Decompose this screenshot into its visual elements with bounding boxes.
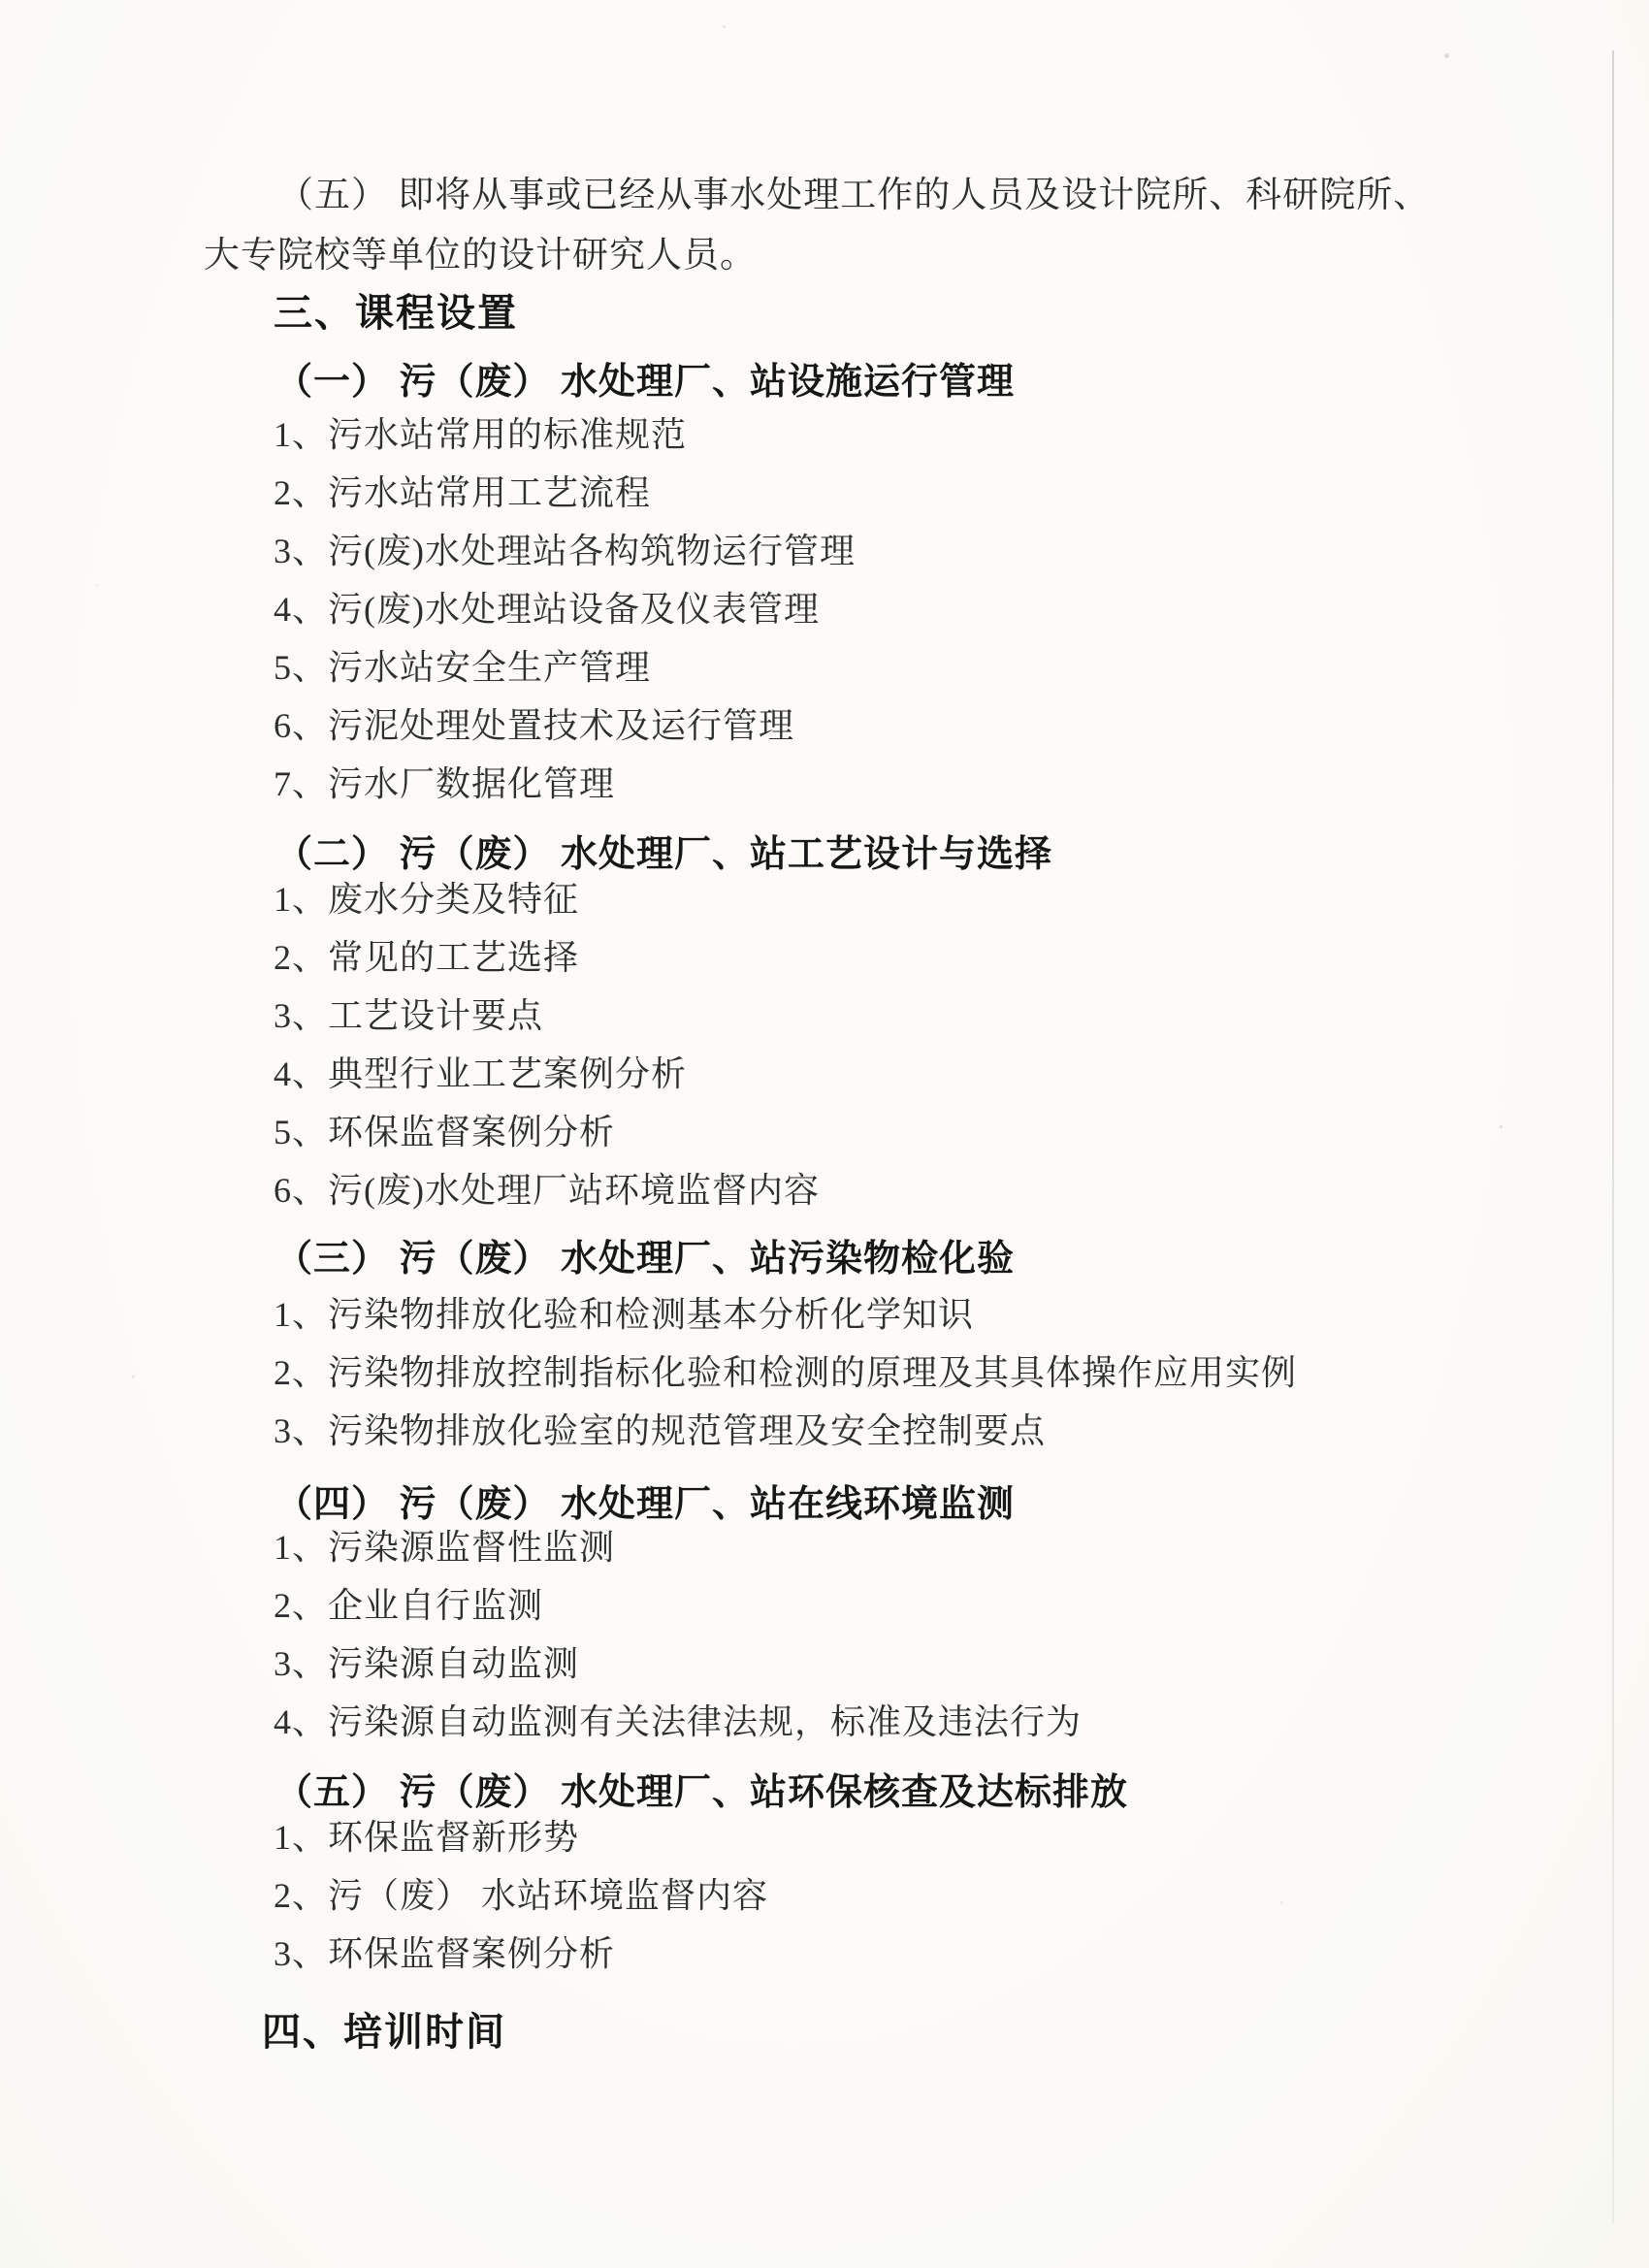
scanned-document-page: （五） 即将从事或已经从事水处理工作的人员及设计院所、科研院所、 大专院校等单位…: [0, 0, 1649, 2268]
course-item: 7、污水厂数据化管理: [274, 755, 1474, 813]
scan-noise: [0, 0, 3, 3]
course-item: 1、污染物排放化验和检测基本分析化学知识: [274, 1285, 1474, 1344]
course-section-pollutant-testing: （三） 污（废） 水处理厂、站污染物检化验 1、污染物排放化验和检测基本分析化学…: [204, 1230, 1474, 1460]
course-item: 2、污染物排放控制指标化验和检测的原理及其具体操作应用实例: [274, 1344, 1474, 1402]
course-item: 1、污水站常用的标准规范: [274, 405, 1474, 464]
course-item: 3、污染物排放化验室的规范管理及安全控制要点: [274, 1402, 1474, 1460]
course-item: 2、污（废） 水站环境监督内容: [274, 1866, 1474, 1925]
course-section-process-design: （二） 污（废） 水处理厂、站工艺设计与选择 1、废水分类及特征 2、常见的工艺…: [204, 826, 1474, 1219]
course-section-online-monitoring: （四） 污（废） 水处理厂、站在线环境监测 1、污染源监督性监测 2、企业自行监…: [204, 1475, 1474, 1751]
course-item: 4、典型行业工艺案例分析: [274, 1045, 1474, 1103]
course-item: 5、污水站安全生产管理: [274, 638, 1474, 697]
course-item: 6、污(废)水处理厂站环境监督内容: [274, 1161, 1474, 1219]
course-section-operation-management: （一） 污（废） 水处理厂、站设施运行管理 1、污水站常用的标准规范 2、污水站…: [204, 353, 1474, 813]
course-item: 3、污(废)水处理站各构筑物运行管理: [274, 522, 1474, 580]
course-item: 5、环保监督案例分析: [274, 1103, 1474, 1161]
course-item: 6、污泥处理处置技术及运行管理: [274, 697, 1474, 755]
intro-line-1: （五） 即将从事或已经从事水处理工作的人员及设计院所、科研院所、: [204, 166, 1436, 226]
section-title: （三） 污（废） 水处理厂、站污染物检化验: [275, 1230, 1474, 1288]
course-section-env-inspection: （五） 污（废） 水处理厂、站环保核查及达标排放 1、环保监督新形势 2、污（废…: [204, 1764, 1474, 1983]
course-item: 2、污水站常用工艺流程: [274, 464, 1474, 522]
course-item: 4、污染源自动监测有关法律法规，标准及违法行为: [274, 1693, 1474, 1751]
course-item: 2、企业自行监测: [274, 1576, 1474, 1635]
chapter-heading-course-setup: 三、课程设置: [274, 291, 518, 336]
course-item: 3、环保监督案例分析: [274, 1925, 1474, 1983]
course-item: 3、污染源自动监测: [274, 1635, 1474, 1693]
intro-paragraph: （五） 即将从事或已经从事水处理工作的人员及设计院所、科研院所、 大专院校等单位…: [204, 166, 1436, 286]
course-item: 4、污(废)水处理站设备及仪表管理: [274, 580, 1474, 638]
intro-line-2: 大专院校等单位的设计研究人员。: [204, 226, 1436, 286]
chapter-heading-training-time: 四、培训时间: [262, 2010, 506, 2055]
course-item: 2、常见的工艺选择: [274, 928, 1474, 987]
course-item: 3、工艺设计要点: [274, 987, 1474, 1045]
scan-edge-artifact: [1612, 50, 1614, 2223]
section-title: （一） 污（废） 水处理厂、站设施运行管理: [275, 353, 1474, 411]
